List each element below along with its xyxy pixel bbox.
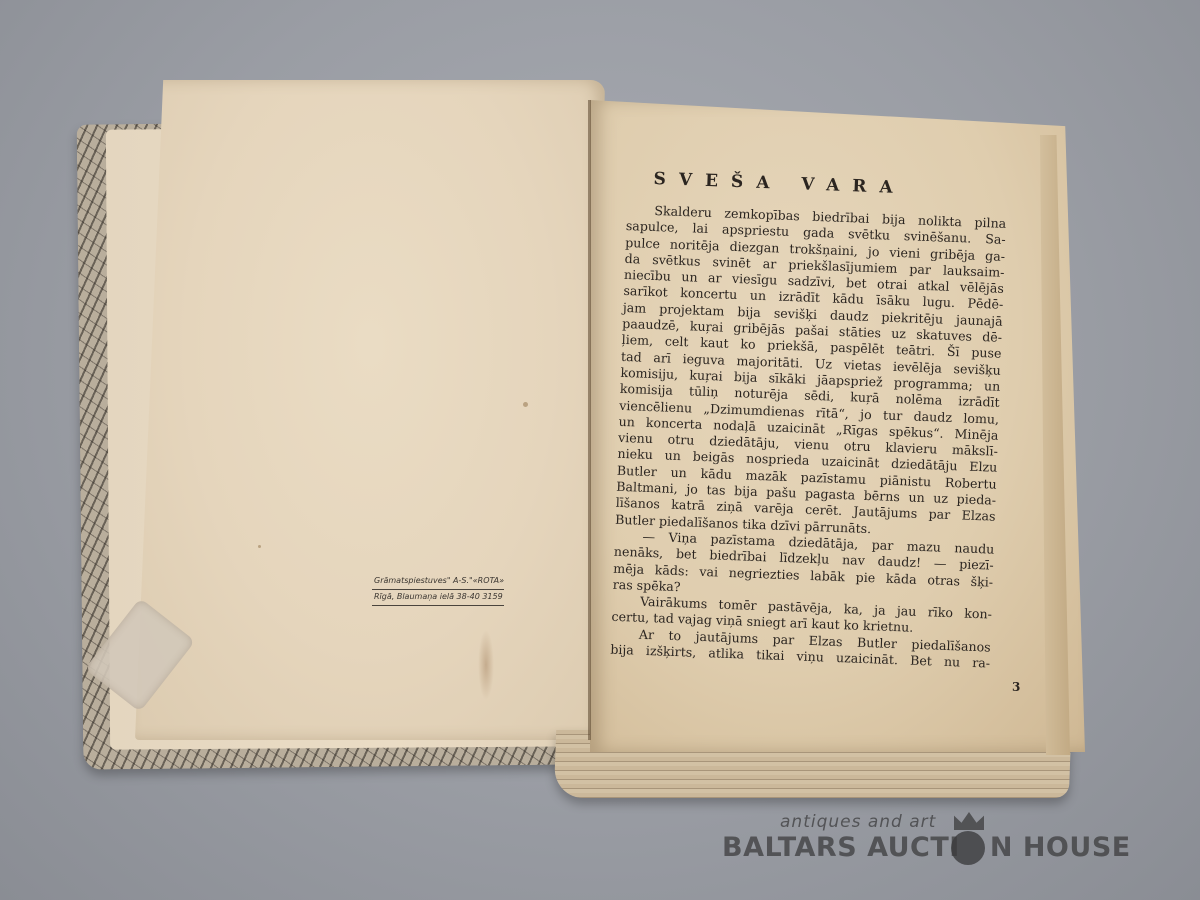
left-page	[135, 80, 605, 740]
imprint-line-2: Rīgā, Blaumaņa ielā 38-40 3159	[372, 590, 504, 606]
watermark-tagline: antiques and art	[780, 812, 936, 832]
brand-text-1: BALTARS AUCTI	[722, 832, 960, 863]
imprint-line-1: Grāmatspiestuves" A-S."«ROTA»	[372, 574, 504, 590]
right-page-text: SVEŠA VARA Skalderu zemkopības biedrībai…	[610, 168, 1008, 672]
paper-spot	[258, 545, 261, 548]
crown-icon	[954, 812, 984, 830]
paper-spot	[523, 402, 528, 407]
paper-stain	[478, 630, 494, 700]
auction-house-watermark: antiques and art BALTARS AUCTIN HOUSE	[722, 812, 1117, 868]
book-gutter	[588, 100, 591, 740]
book-photo: Grāmatspiestuves" A-S."«ROTA» Rīgā, Blau…	[0, 0, 1200, 900]
brand-text-2: N HOUSE	[990, 832, 1131, 863]
page-number: 3	[1012, 680, 1020, 694]
watermark-brand: BALTARS AUCTIN HOUSE	[722, 832, 1131, 863]
printer-imprint: Grāmatspiestuves" A-S."«ROTA» Rīgā, Blau…	[372, 574, 504, 606]
